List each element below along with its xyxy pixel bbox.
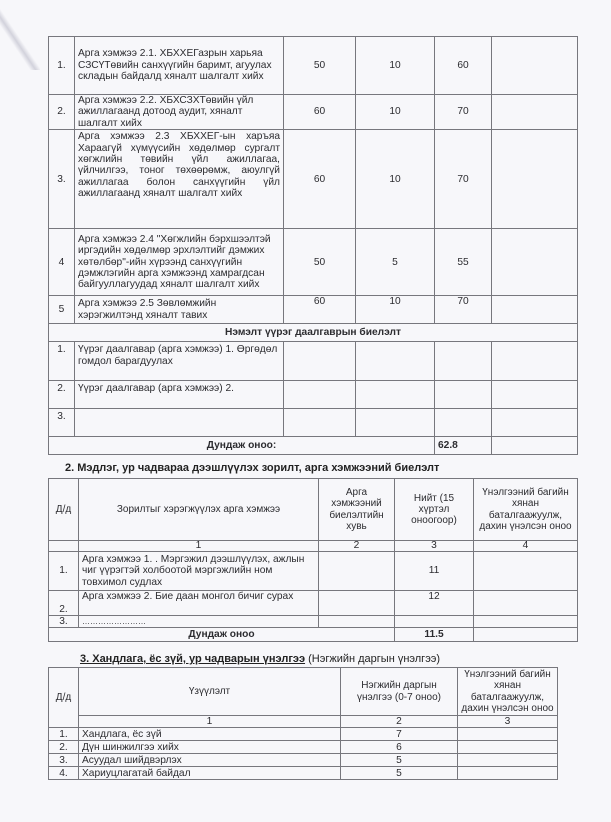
activity-text: Арга хэмжээ 1. . Мэргэжил дээшлүүлэх, аж…: [79, 552, 319, 591]
average-row: Дундаж оноо: 62.8: [49, 437, 578, 455]
empty-cell: [435, 381, 492, 409]
team-score-cell: [492, 229, 578, 296]
empty-cell: [284, 381, 356, 409]
empty-cell: [492, 409, 578, 437]
header-manager-score: Нэгжийн даргын үнэлгээ (0-7 оноо): [341, 668, 458, 716]
header-no: Д/д: [49, 668, 79, 728]
activity-text: Арга хэмжээ 2.3 ХБХХЕГ-ын харъяа Хараагү…: [75, 130, 284, 229]
table-row: 2. Үүрэг даалгавар (арга хэмжээ) 2.: [49, 381, 578, 409]
header-percent: Арга хэмжээний биелэлтийн хувь: [319, 479, 395, 541]
table-row: 3. Арга хэмжээ 2.3 ХБХХЕГ-ын харъяа Хара…: [49, 130, 578, 229]
row-number: 1.: [49, 552, 79, 591]
manager-score: 5: [341, 754, 458, 767]
empty-cell: [356, 409, 435, 437]
average-label: Дундаж оноо:: [49, 437, 435, 455]
total-cell: [395, 616, 474, 628]
empty-cell: [49, 541, 79, 552]
attitude-table: Д/д Үзүүлэлт Нэгжийн даргын үнэлгээ (0-7…: [48, 667, 558, 780]
row-number: 3.: [49, 616, 79, 628]
table-row: 2. Дүн шинжилгээ хийх 6: [49, 741, 558, 754]
activity-text: Арга хэмжээ 2.5 Зөвлөмжийн хэрэгжилтэнд …: [75, 296, 284, 324]
row-number: 1.: [49, 342, 75, 381]
score-cell: 60: [284, 130, 356, 229]
team-score-cell: [474, 552, 578, 591]
empty-cell: [474, 628, 578, 642]
column-number-row: 1 2 3: [49, 716, 558, 728]
score-cell: 60: [284, 296, 356, 324]
empty-cell: [284, 409, 356, 437]
table-row: 2. Арга хэмжээ 2. Бие даан монгол бичиг …: [49, 591, 578, 616]
row-number: 4: [49, 229, 75, 296]
empty-cell: [284, 342, 356, 381]
column-number: 1: [79, 716, 341, 728]
empty-cell: [356, 381, 435, 409]
score-cell: 10: [356, 95, 435, 130]
table-row: 1. Үүрэг даалгавар (арга хэмжээ) 1. Өргө…: [49, 342, 578, 381]
table-row: 1. Арга хэмжээ 1. . Мэргэжил дээшлүүлэх,…: [49, 552, 578, 591]
table-row: 4 Арга хэмжээ 2.4 "Хөгжлийн бэрхшээлтэй …: [49, 229, 578, 296]
average-value: 11.5: [395, 628, 474, 642]
section3-title-note: (Нэгжийн даргын үнэлгээ): [308, 653, 440, 665]
team-score-cell: [492, 37, 578, 95]
score-cell: 60: [284, 95, 356, 130]
empty-cell: [492, 342, 578, 381]
activity-text: Арга хэмжээ 2.2. ХБХСЗХТөвийн үйл ажилла…: [75, 95, 284, 130]
manager-score: 5: [341, 767, 458, 780]
row-number: 2.: [49, 741, 79, 754]
row-number: 2.: [49, 95, 75, 130]
row-number: 2.: [49, 591, 79, 616]
score-cell: 50: [284, 229, 356, 296]
header-row: Д/д Зорилтыг хэрэгжүүлэх арга хэмжээ Арг…: [49, 479, 578, 541]
total-cell: 11: [395, 552, 474, 591]
row-number: 3.: [49, 754, 79, 767]
criterion-text: Асуудал шийдвэрлэх: [79, 754, 341, 767]
empty-cell: [435, 342, 492, 381]
percent-cell: [319, 591, 395, 616]
table-row: 1. Хандлага, ёс зүй 7: [49, 728, 558, 741]
task-text: [75, 409, 284, 437]
team-score-cell: [458, 754, 558, 767]
average-row: Дундаж оноо 11.5: [49, 628, 578, 642]
empty-cell: [435, 409, 492, 437]
row-number: 3.: [49, 130, 75, 229]
header-total: Нийт (15 хүртэл оноогоор): [395, 479, 474, 541]
activity-text: Арга хэмжээ 2.1. ХБХХЕГазрын харьяа СЗСҮ…: [75, 37, 284, 95]
activity-text: ……………………: [79, 616, 319, 628]
manager-score: 6: [341, 741, 458, 754]
score-cell: 10: [356, 296, 435, 324]
score-cell: 10: [356, 130, 435, 229]
column-number: 2: [341, 716, 458, 728]
column-number: 1: [79, 541, 319, 552]
team-score-cell: [492, 296, 578, 324]
row-number: 2.: [49, 381, 75, 409]
row-number: 1.: [49, 728, 79, 741]
team-score-cell: [474, 616, 578, 628]
team-score-cell: [458, 741, 558, 754]
average-value: 62.8: [435, 437, 492, 455]
table-row: 4. Хариуцлагатай байдал 5: [49, 767, 558, 780]
additional-heading-row: Нэмэлт үүрэг даалгаврын биелэлт: [49, 324, 578, 342]
skills-table: Д/д Зорилтыг хэрэгжүүлэх арга хэмжээ Арг…: [48, 478, 578, 642]
score-cell: 55: [435, 229, 492, 296]
row-number: 4.: [49, 767, 79, 780]
column-number: 2: [319, 541, 395, 552]
column-number: 3: [458, 716, 558, 728]
table-row: 3. ……………………: [49, 616, 578, 628]
manager-score: 7: [341, 728, 458, 741]
section3-title-main: 3. Хандлага, ёс зүй, ур чадварын үнэлгээ: [80, 653, 305, 665]
score-cell: 70: [435, 296, 492, 324]
task-text: Үүрэг даалгавар (арга хэмжээ) 2.: [75, 381, 284, 409]
row-number: 3.: [49, 409, 75, 437]
table-row: 3. Асуудал шийдвэрлэх 5: [49, 754, 558, 767]
table-row: 1. Арга хэмжээ 2.1. ХБХХЕГазрын харьяа С…: [49, 37, 578, 95]
team-score-cell: [492, 95, 578, 130]
empty-cell: [356, 342, 435, 381]
empty-cell: [492, 381, 578, 409]
average-label: Дундаж оноо: [49, 628, 395, 642]
criterion-text: Дүн шинжилгээ хийх: [79, 741, 341, 754]
additional-tasks-heading: Нэмэлт үүрэг даалгаврын биелэлт: [49, 324, 578, 342]
header-no: Д/д: [49, 479, 79, 541]
team-score-cell: [458, 728, 558, 741]
score-cell: 10: [356, 37, 435, 95]
team-score-cell: [474, 591, 578, 616]
team-score-cell: [492, 130, 578, 229]
table-row: 5 Арга хэмжээ 2.5 Зөвлөмжийн хэрэгжилтэн…: [49, 296, 578, 324]
activity-text: Арга хэмжээ 2.4 "Хөгжлийн бэрхшээлтэй ир…: [75, 229, 284, 296]
row-number: 5: [49, 296, 75, 324]
percent-cell: [319, 552, 395, 591]
scan-shadow: [0, 0, 40, 70]
total-cell: 12: [395, 591, 474, 616]
score-cell: 5: [356, 229, 435, 296]
score-cell: 70: [435, 95, 492, 130]
header-activity: Зорилтыг хэрэгжүүлэх арга хэмжээ: [79, 479, 319, 541]
header-team-score: Үнэлгээний багийн хянан баталгаажуулж, д…: [474, 479, 578, 541]
column-number: 3: [395, 541, 474, 552]
section3-title: 3. Хандлага, ёс зүй, ур чадварын үнэлгээ…: [80, 653, 440, 665]
score-cell: 60: [435, 37, 492, 95]
header-team-score: Үнэлгээний багийн хянан баталгаажуулж, д…: [458, 668, 558, 716]
score-cell: 70: [435, 130, 492, 229]
section2-title: 2. Мэдлэг, ур чадвараа дээшлүүлэх зорилт…: [65, 462, 439, 474]
column-number: 4: [474, 541, 578, 552]
task-text: Үүрэг даалгавар (арга хэмжээ) 1. Өргөдөл…: [75, 342, 284, 381]
percent-cell: [319, 616, 395, 628]
header-row: Д/д Үзүүлэлт Нэгжийн даргын үнэлгээ (0-7…: [49, 668, 558, 716]
row-number: 1.: [49, 37, 75, 95]
table-row: 2. Арга хэмжээ 2.2. ХБХСЗХТөвийн үйл ажи…: [49, 95, 578, 130]
criterion-text: Хандлага, ёс зүй: [79, 728, 341, 741]
team-score-cell: [458, 767, 558, 780]
header-criterion: Үзүүлэлт: [79, 668, 341, 716]
score-cell: 50: [284, 37, 356, 95]
table-row: 3.: [49, 409, 578, 437]
empty-cell: [492, 437, 578, 455]
column-number-row: 1 2 3 4: [49, 541, 578, 552]
criterion-text: Хариуцлагатай байдал: [79, 767, 341, 780]
activity-text: Арга хэмжээ 2. Бие даан монгол бичиг сур…: [79, 591, 319, 616]
activities-table: 1. Арга хэмжээ 2.1. ХБХХЕГазрын харьяа С…: [48, 36, 578, 455]
